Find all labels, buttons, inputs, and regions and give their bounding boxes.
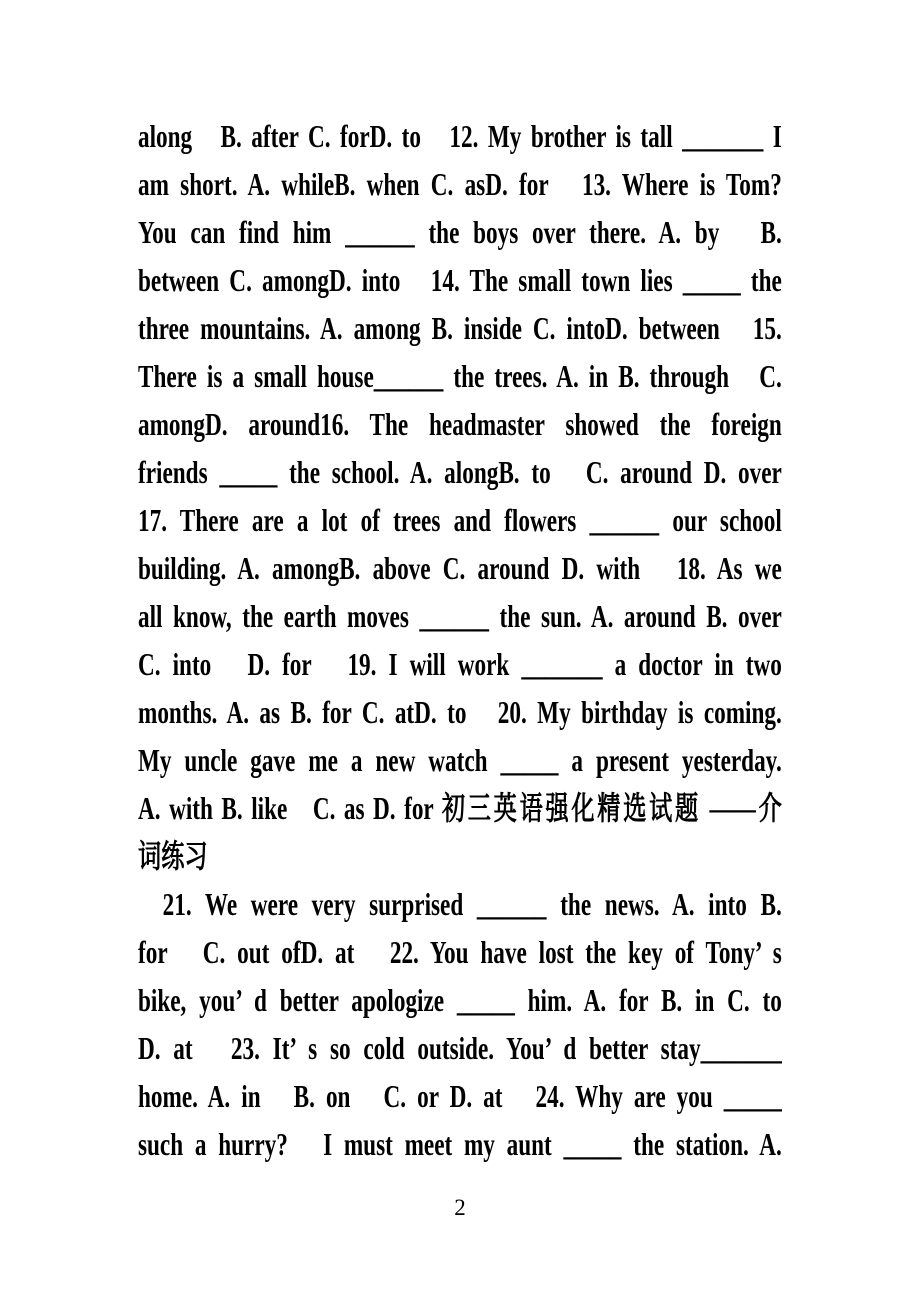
document-line-with-title: A. with B. like C. as D. for 初三英语强化精选试题 … xyxy=(138,784,782,832)
document-line: C. into D. for 19. I will work _______ a… xyxy=(138,640,782,688)
document-line: home. A. in B. on C. or D. at 24. Why ar… xyxy=(138,1072,782,1120)
document-line: 词练习 xyxy=(138,832,782,880)
document-line: You can find him ______ the boys over th… xyxy=(138,208,782,256)
document-line: months. A. as B. for C. atD. to 20. My b… xyxy=(138,688,782,736)
document-line: There is a small house______ the trees. … xyxy=(138,352,782,400)
document-line: all know, the earth moves ______ the sun… xyxy=(138,592,782,640)
document-line: My uncle gave me a new watch _____ a pre… xyxy=(138,736,782,784)
document-line: between C. amongD. into 14. The small to… xyxy=(138,256,782,304)
document-line: 17. There are a lot of trees and flowers… xyxy=(138,496,782,544)
document-line: for C. out ofD. at 22. You have lost the… xyxy=(138,928,782,976)
document-line: amongD. around16. The headmaster showed … xyxy=(138,400,782,448)
document-line: bike, you’ d better apologize _____ him.… xyxy=(138,976,782,1024)
document-line: D. at 23. It’ s so cold outside. You’ d … xyxy=(138,1024,782,1072)
document-line: such a hurry? I must meet my aunt _____ … xyxy=(138,1120,782,1168)
document-line: friends _____ the school. A. alongB. to … xyxy=(138,448,782,496)
document-text-block: along B. after C. forD. to 12. My brothe… xyxy=(138,112,782,1168)
document-line: three mountains. A. among B. inside C. i… xyxy=(138,304,782,352)
document-line: along B. after C. forD. to 12. My brothe… xyxy=(138,112,782,160)
document-line: 21. We were very surprised ______ the ne… xyxy=(138,880,782,928)
document-page: { "page": { "background": "#ffffff", "te… xyxy=(0,0,920,1302)
page-number: 2 xyxy=(0,1193,920,1223)
document-line: building. A. amongB. above C. around D. … xyxy=(138,544,782,592)
document-line: am short. A. whileB. when C. asD. for 13… xyxy=(138,160,782,208)
